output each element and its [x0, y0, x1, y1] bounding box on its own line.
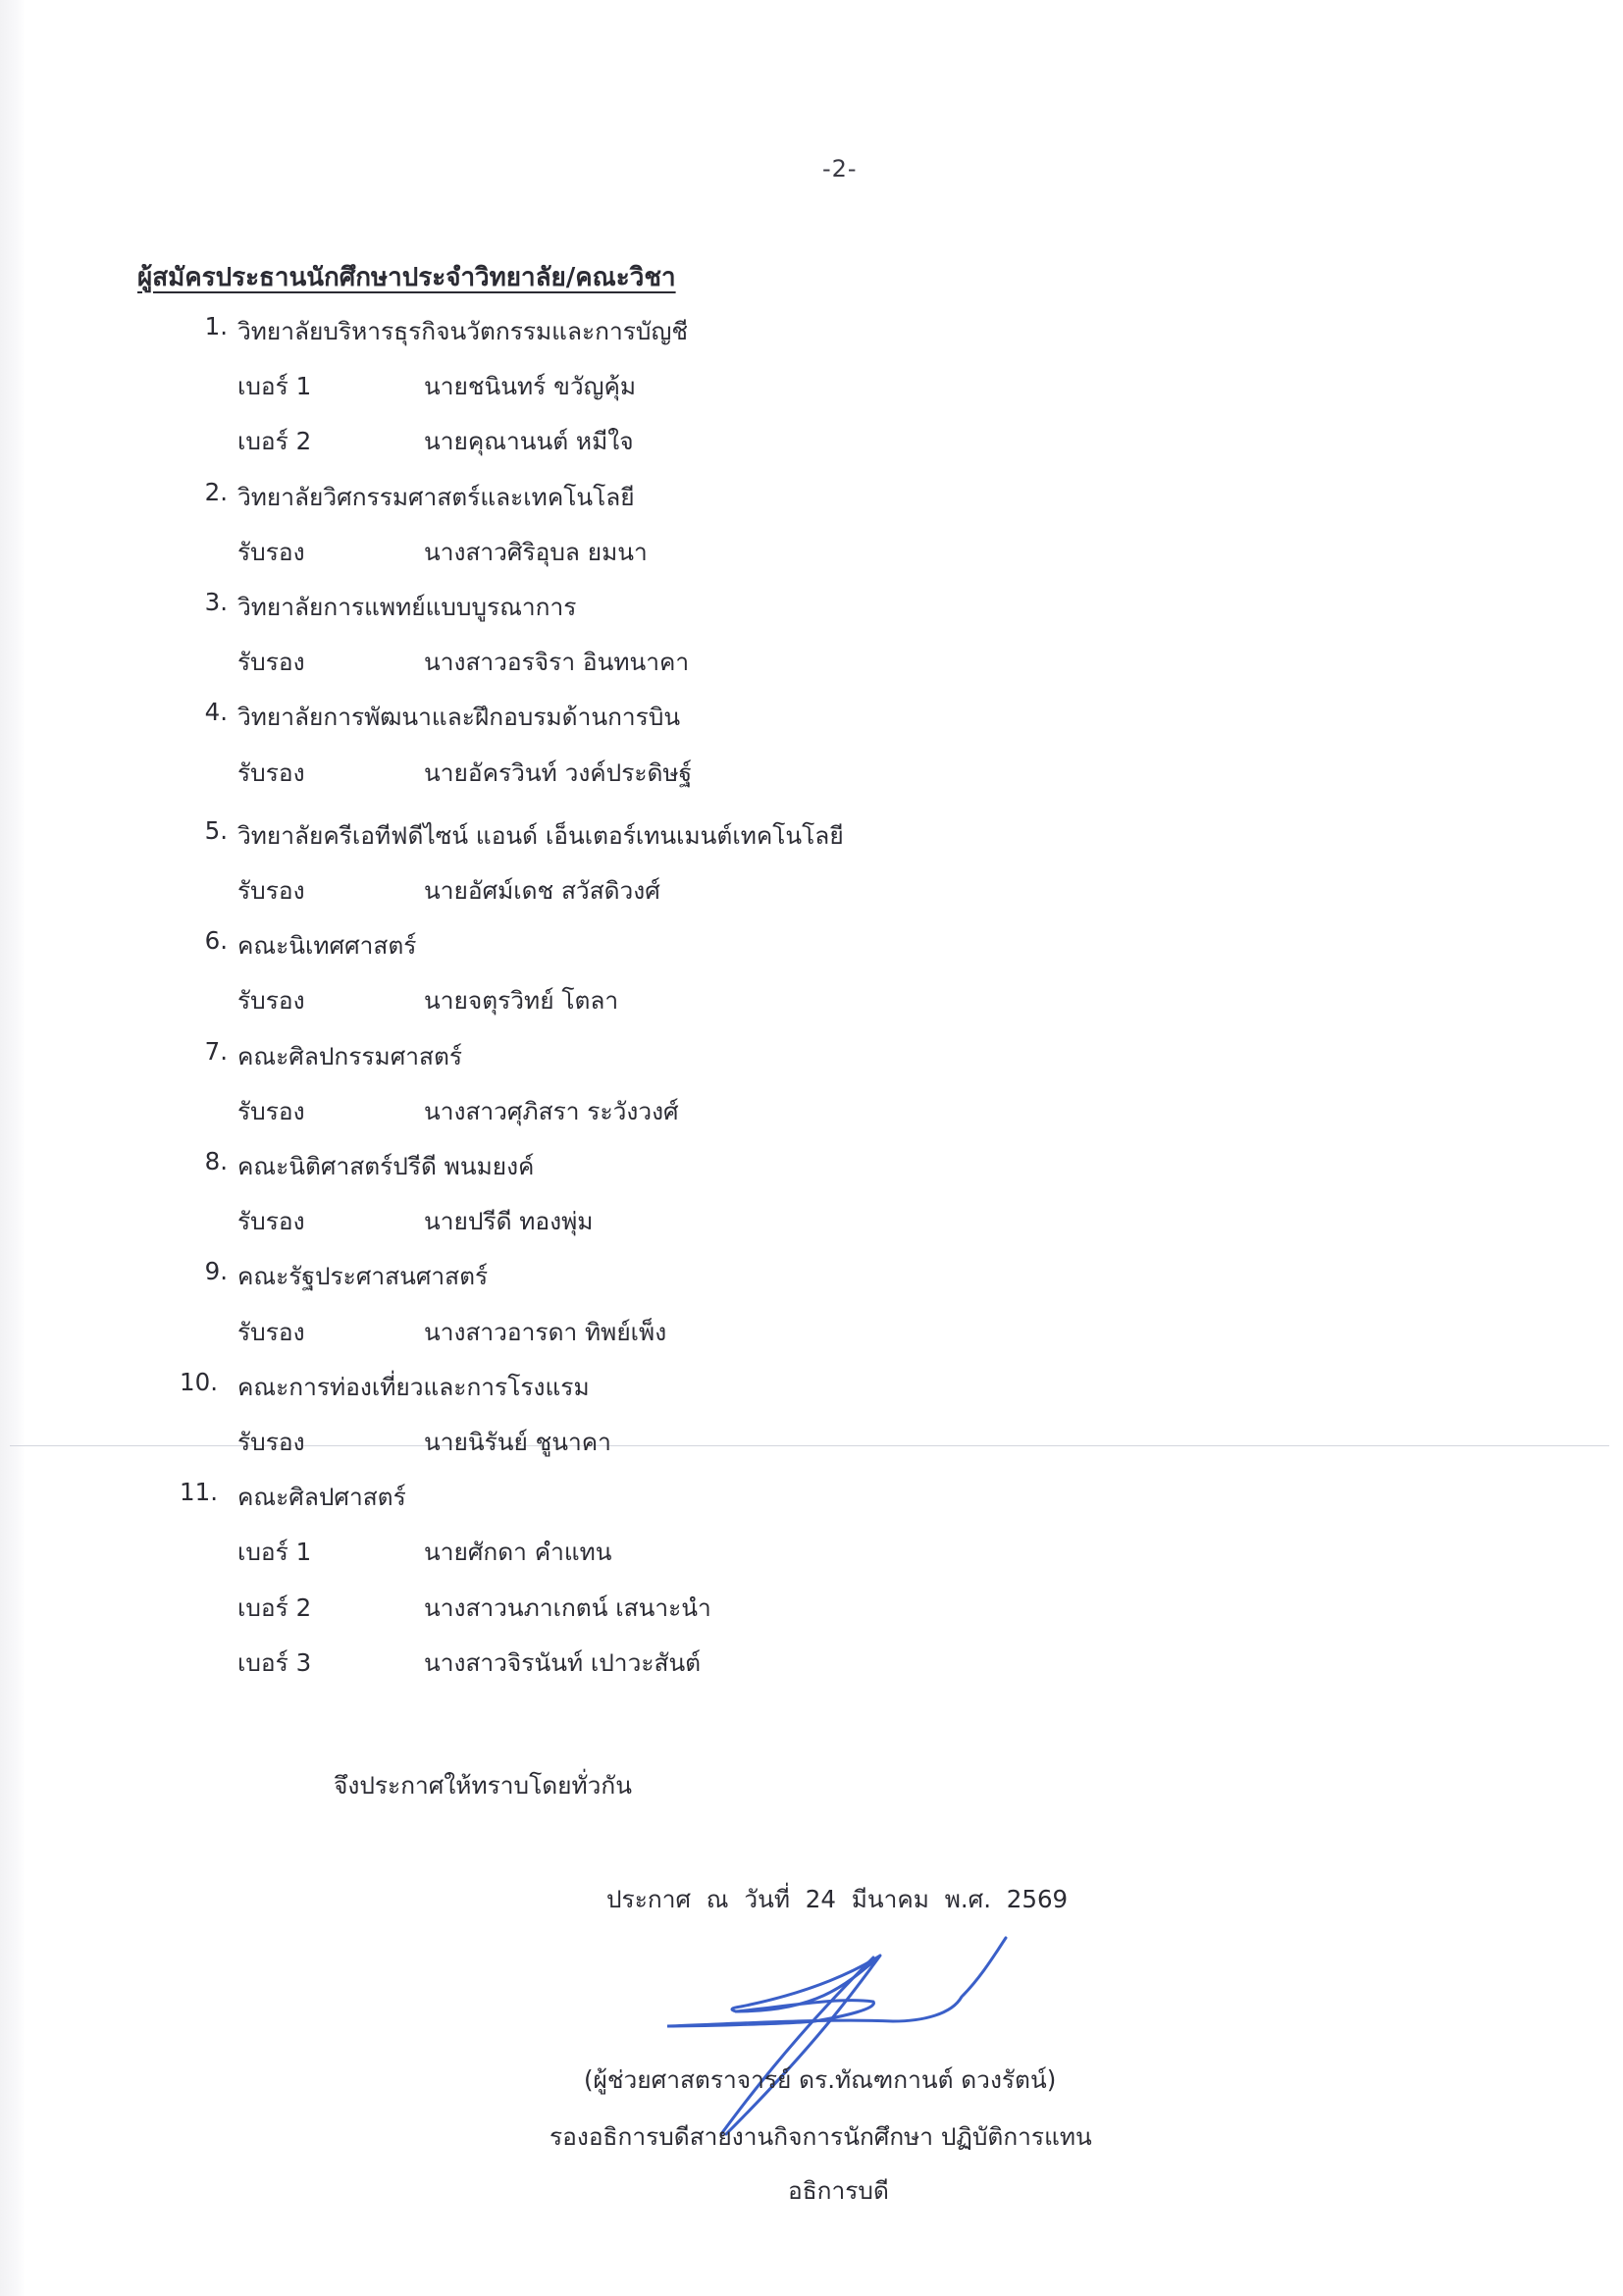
- candidate-label: เบอร์ 1: [237, 367, 311, 405]
- candidate-label: รับรอง: [237, 1092, 305, 1130]
- faculty-number: 4.: [157, 698, 228, 726]
- faculty-number: 10.: [147, 1368, 218, 1396]
- candidate-label: รับรอง: [237, 981, 305, 1019]
- faculty-number: 2.: [157, 478, 228, 506]
- candidate-label: เบอร์ 2: [237, 422, 311, 460]
- candidate-name: นายศักดา คำแทน: [424, 1533, 612, 1571]
- faculty-number: 7.: [157, 1037, 228, 1066]
- faculty-name: คณะนิเทศศาสตร์: [237, 926, 416, 965]
- faculty-name: วิทยาลัยวิศกรรมศาสตร์และเทคโนโลยี: [237, 478, 635, 516]
- signer-name: (ผู้ช่วยศาสตราจารย์ ดร.ทัณฑกานต์ ดวงรัตน…: [584, 2061, 1056, 2099]
- candidate-name: นายปรีดี ทองพุ่ม: [424, 1202, 593, 1240]
- candidate-name: นายอัศม์เดช สวัสดิวงศ์: [424, 871, 660, 910]
- candidate-label: รับรอง: [237, 754, 305, 792]
- faculty-name: คณะการท่องเที่ยวและการโรงแรม: [237, 1368, 590, 1406]
- candidate-name: นางสาวจิรนันท์ เปาวะสันต์: [424, 1644, 701, 1682]
- candidate-label: เบอร์ 3: [237, 1644, 311, 1682]
- candidate-label: รับรอง: [237, 643, 305, 681]
- faculty-number: 9.: [157, 1257, 228, 1285]
- faculty-number: 8.: [157, 1147, 228, 1175]
- candidate-name: นายจตุรวิทย์ โตลา: [424, 981, 618, 1019]
- faculty-name: วิทยาลัยการแพทย์แบบบูรณาการ: [237, 588, 576, 626]
- faculty-name: คณะศิลปกรรมศาสตร์: [237, 1037, 462, 1075]
- faculty-number: 3.: [157, 588, 228, 616]
- candidate-label: รับรอง: [237, 533, 305, 571]
- closing-statement: จึงประกาศให้ทราบโดยทั่วกัน: [334, 1766, 632, 1804]
- page-number: -2-: [822, 155, 858, 183]
- section-heading: ผู้สมัครประธานนักศึกษาประจำวิทยาลัย/คณะว…: [137, 257, 676, 297]
- candidate-name: นายคุณานนต์ หมีใจ: [424, 422, 634, 460]
- faculty-name: วิทยาลัยครีเอทีฟดีไซน์ แอนด์ เอ็นเตอร์เท…: [237, 816, 844, 855]
- candidate-label: เบอร์ 2: [237, 1589, 311, 1627]
- faculty-name: คณะรัฐประศาสนศาสตร์: [237, 1257, 488, 1295]
- candidate-name: นางสาวศุภิสรา ระวังวงศ์: [424, 1092, 679, 1130]
- faculty-number: 1.: [157, 312, 228, 340]
- candidate-name: นางสาวศิริอุบล ยมนา: [424, 533, 648, 571]
- candidate-name: นายอัครวินท์ วงค์ประดิษฐ์: [424, 754, 692, 792]
- faculty-number: 5.: [157, 816, 228, 845]
- signature-icon: [667, 1899, 1119, 2144]
- signer-title-continued: อธิการบดี: [788, 2171, 889, 2210]
- faculty-name: วิทยาลัยบริหารธุรกิจนวัตกรรมและการบัญชี: [237, 312, 688, 350]
- candidate-label: รับรอง: [237, 1202, 305, 1240]
- candidate-name: นายชนินทร์ ขวัญคุ้ม: [424, 367, 636, 405]
- faculty-name: วิทยาลัยการพัฒนาและฝึกอบรมด้านการบิน: [237, 698, 680, 736]
- candidate-name: นายนิรันย์ ชูนาคา: [424, 1423, 611, 1461]
- scan-edge-artifact: [0, 0, 26, 2296]
- candidate-label: รับรอง: [237, 1313, 305, 1351]
- faculty-name: คณะศิลปศาสตร์: [237, 1478, 406, 1516]
- candidate-label: รับรอง: [237, 871, 305, 910]
- candidate-label: รับรอง: [237, 1423, 305, 1461]
- candidate-name: นางสาวอรจิรา อินทนาคา: [424, 643, 689, 681]
- candidate-name: นางสาวนภาเกตน์ เสนาะนำ: [424, 1589, 711, 1627]
- signer-title: รองอธิการบดีสายงานกิจการนักศึกษา ปฏิบัติ…: [550, 2117, 1092, 2156]
- faculty-number: 11.: [147, 1478, 218, 1506]
- candidate-label: เบอร์ 1: [237, 1533, 311, 1571]
- faculty-name: คณะนิติศาสตร์ปรีดี พนมยงค์: [237, 1147, 534, 1185]
- faculty-number: 6.: [157, 926, 228, 955]
- candidate-name: นางสาวอารดา ทิพย์เพ็ง: [424, 1313, 666, 1351]
